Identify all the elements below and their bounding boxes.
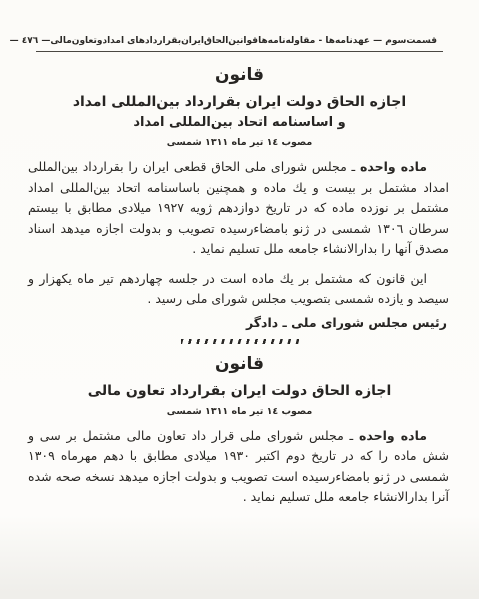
law2-article-paragraph: ماده واحده ـ مجلس شورای ملی قرار داد تعا… — [28, 426, 449, 508]
law-section-2: قانون اجازه الحاق دولت ایران بقرارداد تع… — [0, 354, 479, 508]
law1-subtitle-line1: اجازه الحاق دولت ایران بقرارداد بین‌المل… — [0, 94, 479, 110]
law2-approval-date: مصوب ١٤ تیر ماه ١٣١١ شمسی — [0, 406, 479, 417]
header-topic: قوانین‌الحاق‌ایران‌بقراردادهای امدادوتعا… — [50, 36, 258, 46]
law1-title: قانون — [0, 65, 479, 85]
header-rule — [36, 51, 443, 52]
header-section-label: قسمت‌سوم — عهدنامه‌ها - مقاوله‌نامه‌ها — [258, 36, 437, 46]
law1-approval-date: مصوب ١٤ تیر ماه ١٣١١ شمسی — [0, 137, 479, 148]
law-section-1: قانون اجازه الحاق دولت ایران بقرارداد بی… — [0, 65, 479, 330]
law1-article-label: ماده واحده — [360, 159, 427, 174]
law2-title: قانون — [0, 354, 479, 374]
law1-subtitle-line2: و اساسنامه اتحاد بین‌المللی امداد — [0, 115, 479, 130]
document-page: قسمت‌سوم — عهدنامه‌ها - مقاوله‌نامه‌ها ق… — [0, 0, 479, 599]
law2-subtitle-line1: اجازه الحاق دولت ایران بقرارداد تعاون ما… — [0, 383, 479, 399]
law1-ratification-paragraph: این قانون كه مشتمل بر یك ماده است در جلس… — [28, 269, 449, 310]
law1-signature: رئیس مجلس شورای ملی ـ دادگر — [28, 315, 449, 330]
running-header: قسمت‌سوم — عهدنامه‌ها - مقاوله‌نامه‌ها ق… — [38, 36, 437, 46]
law1-article-paragraph: ماده واحده ـ مجلس شورای ملی الحاق قطعی ا… — [28, 157, 449, 260]
section-divider-ornament — [181, 339, 299, 344]
page-number: — ٤٧٦ — — [10, 36, 51, 46]
law2-article-label: ماده واحده — [359, 428, 427, 443]
